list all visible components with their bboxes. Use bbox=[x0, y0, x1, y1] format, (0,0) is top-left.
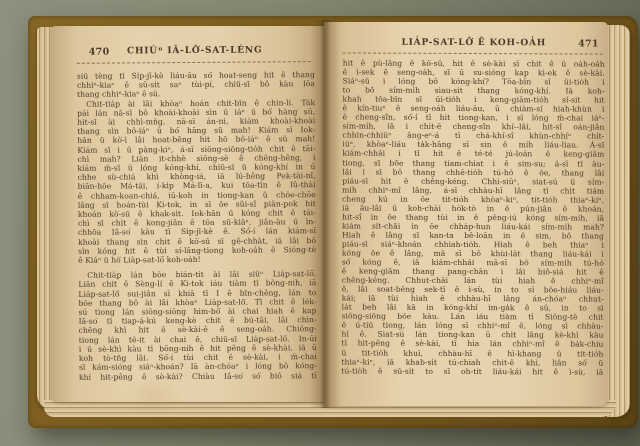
text-line: ū tit-tio̍h khui, chhàu-hī ê hī-khang ū … bbox=[341, 348, 603, 358]
page-number-right: 471 bbox=[578, 38, 599, 49]
text-line: ê Kiáⁿ ū hō͘ Lia̍p-sat-lō͘ koh-oa̍h! bbox=[78, 254, 316, 265]
left-page-surface: 470 CHIÚⁿ IÂ-LÔ͘-SAT-LÉNG siū tèng tī Si… bbox=[51, 45, 326, 423]
paragraph: siū tèng tī Si̍p-jī-kè liáu-āu só͘ hoat-… bbox=[77, 70, 315, 99]
paragraph: Chit-tia̍p ài lâi khòaⁿ hoán chit-bīn ê … bbox=[77, 98, 316, 265]
running-title-right: LIA̍P-SAT-LÔ͘ Ê KOH-OA̍H bbox=[402, 38, 547, 49]
page-stain bbox=[123, 376, 183, 416]
left-page: 470 CHIÚⁿ IÂ-LÔ͘-SAT-LÉNG siū tèng tī Si… bbox=[52, 26, 324, 402]
left-page-text: siū tèng tī Si̍p-jī-kè liáu-āu só͘ hoat-… bbox=[77, 70, 317, 381]
running-title-left: CHIÚⁿ IÂ-LÔ͘-SAT-LÉNG bbox=[127, 45, 262, 56]
right-page-header: LIA̍P-SAT-LÔ͘ Ê KOH-OA̍H 471 bbox=[343, 37, 605, 50]
paragraph: hit ê pù-lâng ê kò͘-sū, hit ê sè-kài sī … bbox=[341, 58, 604, 376]
page-edges-right bbox=[607, 25, 630, 417]
left-page-header: 470 CHIÚⁿ IÂ-LÔ͘-SAT-LÉNG bbox=[77, 45, 313, 59]
page-number-left: 470 bbox=[89, 47, 110, 58]
book: 470 CHIÚⁿ IÂ-LÔ͘-SAT-LÉNG siū tèng tī Si… bbox=[28, 16, 638, 428]
right-page-surface: LIA̍P-SAT-LÔ͘ Ê KOH-OA̍H 471 hit ê pù-lâ… bbox=[323, 37, 609, 422]
paragraph: Chit-tia̍p lán bōe bián-tit ài lâi siūⁿ … bbox=[78, 269, 317, 381]
right-page-text: hit ê pù-lâng ê kò͘-sū, hit ê sè-kài sī … bbox=[341, 58, 604, 376]
text-line: khí hit-pêng ê sè-kài? Chiàu Iâ-so͘ só͘ … bbox=[79, 371, 317, 382]
header-rule-right bbox=[343, 52, 603, 54]
text-line: tú-tio̍h ê sū-si̍t to sī oh-tit liáu-kái… bbox=[341, 366, 603, 376]
text-line: kiám-chhái i tī hit ê té-té jú-loān ê ke… bbox=[342, 149, 604, 159]
header-rule-left bbox=[77, 61, 311, 64]
text-line: tī hit-pêng ê sè-kài, tī hia lán chhiⁿ-m… bbox=[341, 339, 603, 349]
photo-background: 470 CHIÚⁿ IÂ-LÔ͘-SAT-LÉNG siū tèng tī Si… bbox=[0, 0, 640, 446]
right-page: LIA̍P-SAT-LÔ͘ Ê KOH-OA̍H 471 hit ê pù-lâ… bbox=[324, 22, 608, 406]
